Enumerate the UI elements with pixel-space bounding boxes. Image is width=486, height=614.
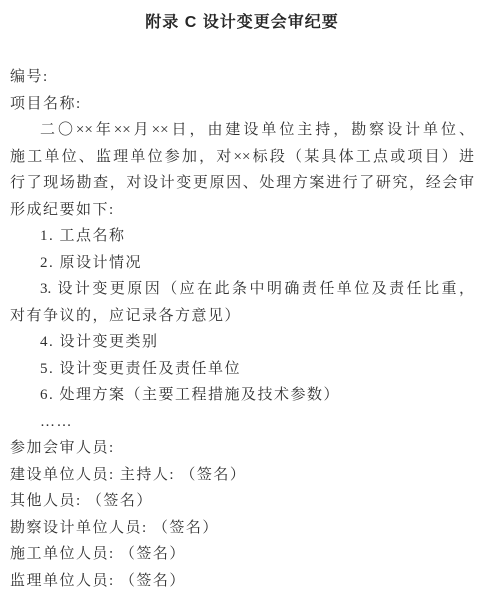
attendee-survey-design-unit: 勘察设计单位人员: （签名） bbox=[10, 515, 474, 542]
ellipsis-line: …… bbox=[10, 409, 474, 436]
list-item-3: 3. 设计变更原因（应在此条中明确责任单位及责任比重， bbox=[10, 276, 474, 303]
intro-paragraph-line-1: 二〇××年××月××日，由建设单位主持，勘察设计单位、 bbox=[10, 117, 474, 144]
attendee-supervision-unit: 监理单位人员: （签名） bbox=[10, 568, 474, 595]
field-number: 编号: bbox=[10, 64, 474, 91]
list-item-1: 1. 工点名称 bbox=[10, 223, 474, 250]
attendee-construction-unit: 建设单位人员: 主持人: （签名） bbox=[10, 462, 474, 489]
intro-paragraph-line-2: 施工单位、监理单位参加，对××标段（某具体工点或项目）进 bbox=[10, 144, 474, 171]
list-item-2: 2. 原设计情况 bbox=[10, 250, 474, 277]
list-item-3-continuation: 对有争议的，应记录各方意见） bbox=[10, 303, 474, 330]
attendee-others: 其他人员: （签名） bbox=[10, 488, 474, 515]
attendees-heading: 参加会审人员: bbox=[10, 435, 474, 462]
list-item-5: 5. 设计变更责任及责任单位 bbox=[10, 356, 474, 383]
document-title: 附录 C 设计变更会审纪要 bbox=[10, 12, 474, 34]
list-item-4: 4. 设计变更类别 bbox=[10, 329, 474, 356]
intro-paragraph-line-3: 行了现场勘查，对设计变更原因、处理方案进行了研究，经会审 bbox=[10, 170, 474, 197]
document-body: 编号:项目名称:二〇××年××月××日，由建设单位主持，勘察设计单位、施工单位、… bbox=[10, 64, 474, 594]
list-item-6: 6. 处理方案（主要工程措施及技术参数） bbox=[10, 382, 474, 409]
attendee-construction-contractor: 施工单位人员: （签名） bbox=[10, 541, 474, 568]
field-project-name: 项目名称: bbox=[10, 91, 474, 118]
intro-paragraph-line-4: 形成纪要如下: bbox=[10, 197, 474, 224]
document-page: 附录 C 设计变更会审纪要 编号:项目名称:二〇××年××月××日，由建设单位主… bbox=[0, 0, 486, 614]
